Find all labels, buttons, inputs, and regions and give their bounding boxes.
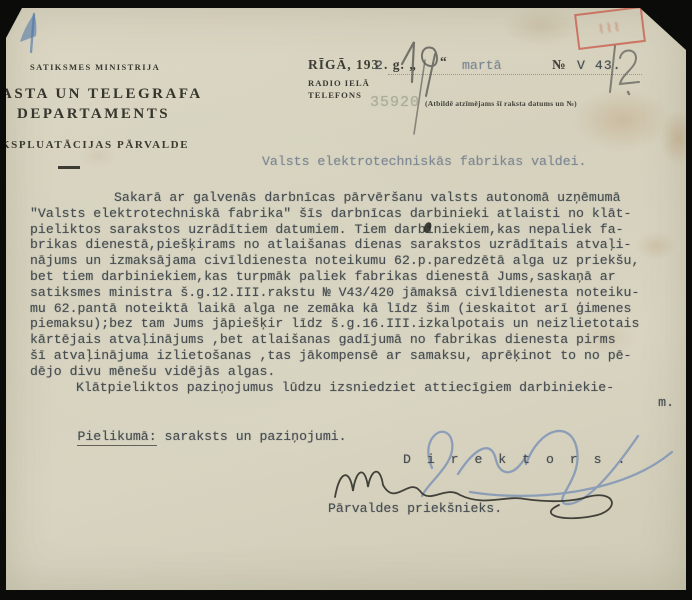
body-line: šī atvaļinājuma izlietošanas ,tas jākomp… (30, 348, 680, 364)
letterhead-divider-dash (58, 166, 80, 169)
dateline-year-typed: 2 (375, 58, 383, 73)
enclosure-label: Pielikumā: (77, 429, 156, 446)
body-line: brikas dienestā,piešķirams no atlaišanas… (30, 237, 680, 253)
letterhead-department-line1: ASTA UN TELEGRAFA (1, 86, 203, 103)
body-line: pieliktos sarakstos uzrādītiem datumiem.… (30, 222, 680, 238)
body-paragraph: Sakarā ar galvenās darbnīcas pārvēršanu … (30, 190, 680, 411)
body-line: Sakarā ar galvenās darbnīcas pārvēršanu … (30, 190, 680, 206)
enclosure-line: Pielikumā: saraksts un paziņojumi. (30, 414, 347, 459)
red-stamp-marks: ⌇⌇⌇ (597, 19, 622, 37)
dateline-city: RĪGĀ, 193 (308, 57, 379, 73)
chief-title: Pārvaldes priekšnieks. (328, 501, 502, 516)
body-line: kārtējais atvaļinājums ,bet atlaišanas g… (30, 332, 680, 348)
body-line: mu 62.pantā noteiktā laikā alga ne zemāk… (30, 301, 680, 317)
phone-number-stamp: 35920 (370, 94, 420, 111)
phone-label: TELEFONS (308, 90, 362, 100)
reply-note: (Atbildē atzīmējams šī raksta datums un … (425, 99, 577, 108)
street-line: RADIO IELĀ (308, 78, 370, 88)
body-line: Klātpieliktos paziņojumus lūdzu izsniedz… (30, 380, 680, 396)
body-line: "Valsts elektrotechniskā fabrika" šīs da… (30, 206, 680, 222)
dateline-rule (388, 60, 642, 75)
body-line: piemaksu);bez tam Jums jāpiešķir līdz š.… (30, 316, 680, 332)
enclosure-text: saraksts un paziņojumi. (157, 429, 347, 444)
handwritten-day (392, 34, 444, 139)
letter-paper: ⌇⌇⌇ SATIKSMES MINISTRIJA ASTA UN TELEGRA… (6, 8, 686, 590)
blue-pencil-mark (12, 8, 48, 56)
letterhead-department-line2: DEPARTAMENTS (17, 106, 170, 123)
letterhead-ministry: SATIKSMES MINISTRIJA (30, 62, 160, 72)
body-line: nājums un izmaksājama civīldienesta note… (30, 253, 680, 269)
body-line: satiksmes ministra š.g.12.III.rakstu № V… (30, 285, 680, 301)
addressee-line: Valsts elektrotechniskās fabrikas valdei… (262, 154, 586, 169)
body-line: dējo divu mēnešu vidējās algas. (30, 364, 680, 380)
letterhead-division: KSPLUATĀCIJAS PĀRVALDE (1, 139, 189, 151)
body-line: bet tiem darbiniekiem,kas turpmāk paliek… (30, 269, 680, 285)
